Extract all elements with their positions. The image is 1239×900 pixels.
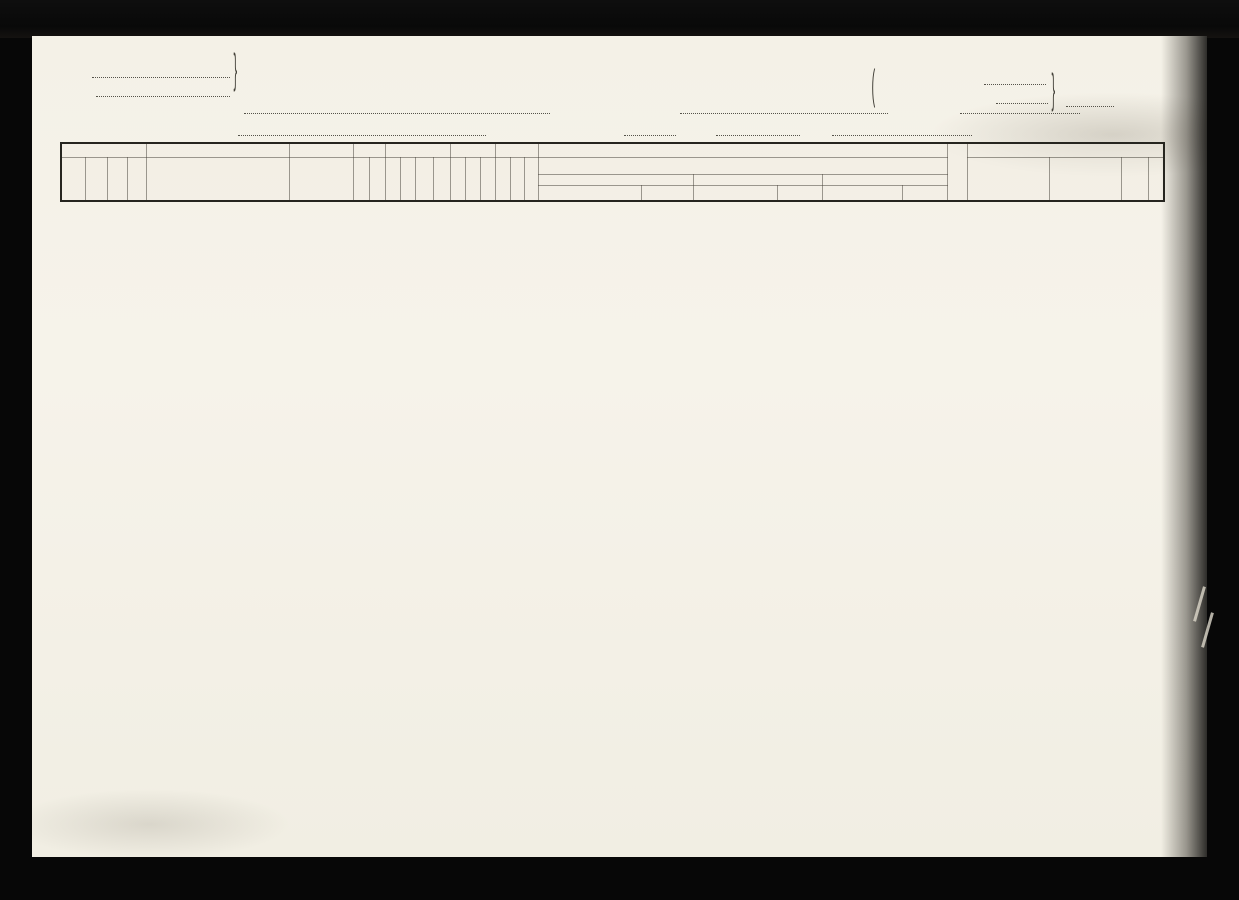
column-industry-description [1049,158,1121,201]
column-trade-description [967,158,1049,201]
ward-of-city-blank [960,113,1080,114]
column-owned-rented [353,158,369,201]
column-dwelling-number [107,158,127,201]
group-occupation [967,143,1164,158]
column-naturalized [465,158,480,201]
incorporated-place-blank [680,113,888,114]
group-name [146,143,289,158]
institution-blank [238,135,486,136]
group-citizenship [450,143,495,158]
column-age [415,158,433,201]
district-brace-left: ( [872,63,876,111]
enumerator-signature-blank [832,135,972,136]
group-tenure [353,143,385,158]
column-sex [385,158,400,201]
township-blank [244,113,550,114]
column-race [400,158,415,201]
column-street [61,158,85,201]
group-relation [289,143,353,158]
column-house-number [85,158,107,201]
subgroup-mother [822,175,947,186]
state-county-brace: } [234,47,238,95]
mother-pob-label [822,186,902,201]
column-free-mortgaged [369,158,385,201]
group-place-of-abode [61,143,146,158]
person-tongue-label [641,186,693,201]
census-sheet: } ( } [32,36,1207,857]
column-marital [433,158,450,201]
enumeration-district-blank [996,103,1048,104]
enumerated-days-blank [624,135,676,136]
state-blank [92,77,230,78]
mother-tongue-label [902,186,947,201]
scan-edge-shade [1161,36,1207,857]
subgroup-person [538,175,693,186]
schedule-table [60,142,1165,202]
column-speaks-english [947,143,967,201]
father-tongue-label [777,186,822,201]
person-pob-label [538,186,641,201]
subgroup-father [693,175,822,186]
group-nativity [538,143,947,158]
column-immigration-year [450,158,465,201]
month-blank [716,135,800,136]
column-name-description [146,158,289,201]
county-blank [96,96,230,97]
district-brace-right: } [1052,67,1056,115]
scan-top-band [0,0,1239,38]
column-able-to-write [524,158,538,201]
nativity-note [538,158,947,175]
father-pob-label [693,186,777,201]
column-family-number [127,158,146,201]
column-naturalization-year [480,158,495,201]
column-relation-description [289,158,353,201]
column-able-to-read [510,158,524,201]
column-employer-description [1121,158,1148,201]
sheet-blank [1066,106,1114,107]
scanned-census-document: { "scan": { "stamp_sheet_page": "3666", … [0,0,1239,900]
column-attended-school [495,158,510,201]
supervisor-district-blank [984,84,1046,85]
column-farm-schedule-description [1148,158,1164,201]
group-education [495,143,538,158]
group-personal-description [385,143,450,158]
